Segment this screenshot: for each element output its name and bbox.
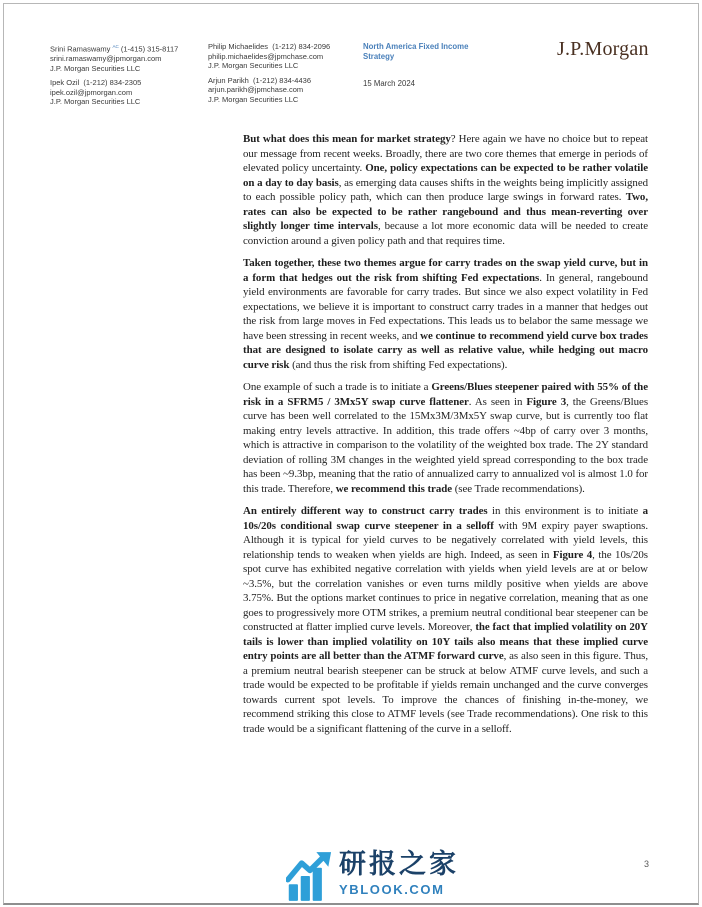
author-firm: J.P. Morgan Securities LLC xyxy=(50,64,200,74)
paragraph: An entirely different way to construct c… xyxy=(243,504,648,736)
author-name: Srini Ramaswamy xyxy=(50,45,110,54)
watermark-text: 研报之家 YBLOOK.COM xyxy=(339,851,459,897)
author-column-1: Srini Ramaswamy AC (1-415) 315-8117 srin… xyxy=(50,42,200,112)
publication-date: 15 March 2024 xyxy=(363,79,483,88)
publication-title: North America Fixed Income Strategy xyxy=(363,42,483,62)
text-segment: we recommend this trade xyxy=(336,483,452,495)
author-email: arjun.parikh@jpmchase.com xyxy=(208,85,358,95)
author-phone: (1-415) 315-8117 xyxy=(121,45,178,54)
author-block: Philip Michaelides (1-212) 834-2096 phil… xyxy=(208,42,358,71)
author-email: srini.ramaswamy@jpmorgan.com xyxy=(50,54,200,64)
text-segment: Figure 3 xyxy=(526,396,566,408)
jpmorgan-logo: J.P.Morgan xyxy=(557,38,657,61)
publication-block: North America Fixed Income Strategy 15 M… xyxy=(363,42,483,88)
author-block: Srini Ramaswamy AC (1-415) 315-8117 srin… xyxy=(50,42,200,73)
author-firm: J.P. Morgan Securities LLC xyxy=(208,61,358,71)
watermark: 研报之家 YBLOOK.COM xyxy=(286,851,459,901)
paragraph: But what does this mean for market strat… xyxy=(243,132,648,248)
text-segment: (see Trade recommendations). xyxy=(452,483,585,495)
watermark-site: YBLOOK.COM xyxy=(339,882,459,897)
author-email: ipek.ozil@jpmorgan.com xyxy=(50,88,200,98)
body-text: But what does this mean for market strat… xyxy=(243,132,648,744)
paragraph: Taken together, these two themes argue f… xyxy=(243,256,648,372)
author-name: Arjun Parikh xyxy=(208,76,249,85)
author-name-line: Philip Michaelides (1-212) 834-2096 xyxy=(208,42,358,52)
author-name: Ipek Ozil xyxy=(50,78,79,87)
author-email: philip.michaelides@jpmchase.com xyxy=(208,52,358,62)
author-firm: J.P. Morgan Securities LLC xyxy=(50,97,200,107)
paragraph: One example of such a trade is to initia… xyxy=(243,380,648,496)
text-segment: But what does this mean for market strat… xyxy=(243,133,451,145)
author-block: Arjun Parikh (1-212) 834-4436 arjun.pari… xyxy=(208,76,358,105)
author-block: Ipek Ozil (1-212) 834-2305 ipek.ozil@jpm… xyxy=(50,78,200,107)
document-page: { "header": { "columns": [ { "authors": … xyxy=(0,0,702,907)
author-name-line: Arjun Parikh (1-212) 834-4436 xyxy=(208,76,358,86)
author-name: Philip Michaelides xyxy=(208,42,268,51)
text-segment: (and thus the risk from shifting Fed exp… xyxy=(289,359,507,371)
page-number: 3 xyxy=(644,859,649,869)
text-segment: One example of such a trade is to initia… xyxy=(243,381,431,393)
text-segment: , as also seen in this figure. Thus, a p… xyxy=(243,650,648,735)
text-segment: in this environment is to initiate xyxy=(488,505,643,517)
watermark-title: 研报之家 xyxy=(339,851,459,878)
author-ac-superscript: AC xyxy=(113,44,119,49)
author-column-2: Philip Michaelides (1-212) 834-2096 phil… xyxy=(208,42,358,109)
bar-chart-arrow-icon xyxy=(286,851,332,901)
author-phone: (1-212) 834-2096 xyxy=(272,42,330,51)
author-name-line: Srini Ramaswamy AC (1-415) 315-8117 xyxy=(50,42,200,54)
text-segment: , the Greens/Blues curve has been well c… xyxy=(243,396,648,495)
text-segment: An entirely different way to construct c… xyxy=(243,505,488,517)
author-name-line: Ipek Ozil (1-212) 834-2305 xyxy=(50,78,200,88)
author-firm: J.P. Morgan Securities LLC xyxy=(208,95,358,105)
author-phone: (1-212) 834-2305 xyxy=(83,78,141,87)
text-segment: Figure 4 xyxy=(553,549,592,561)
author-phone: (1-212) 834-4436 xyxy=(253,76,311,85)
text-segment: . As seen in xyxy=(469,396,527,408)
